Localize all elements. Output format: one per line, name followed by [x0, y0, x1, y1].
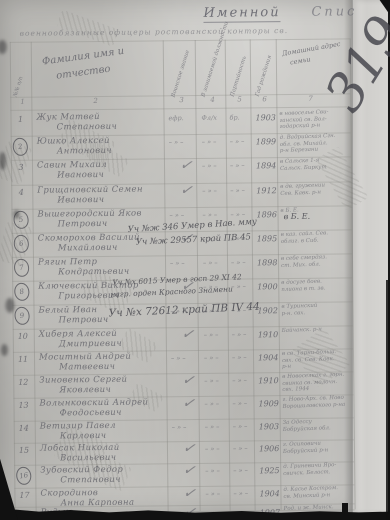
birth-year-cell: 1906 — [259, 444, 279, 453]
duty-cell: – » – — [205, 445, 220, 453]
birth-year-cell: 1899 — [256, 137, 276, 146]
document-title-continued: Спис — [311, 4, 357, 19]
party-cell: – » – — [230, 186, 245, 194]
header-address-1: Домашний адрес — [282, 40, 341, 58]
row-number: 4 — [12, 188, 30, 197]
ink-smudge — [0, 40, 7, 54]
party-cell: – » – — [233, 489, 248, 497]
row-number: 10 — [14, 332, 32, 341]
header-address-2: семьи — [289, 55, 311, 66]
column-index-number: 4 — [210, 96, 215, 104]
name-line-2: Дмитриевич — [59, 339, 122, 350]
duty-cell: – » – — [204, 354, 219, 362]
checkmark: ✓ — [180, 324, 199, 343]
name-line-1: Рягин Петр — [38, 257, 97, 268]
photo-backing-notch — [342, 503, 348, 515]
remarks-cell: д. Касье Костром.св. Минский р-н — [283, 485, 353, 499]
name-line-2: Иванович — [57, 195, 104, 205]
row-number: 12 — [14, 378, 32, 387]
rank-cell: – » – — [169, 138, 184, 146]
column-index-number: 6 — [262, 95, 267, 103]
duty-cell: – » – — [204, 331, 219, 339]
rank-cell: ефр. — [168, 114, 183, 122]
name-line-2: Яковлевич — [59, 385, 111, 396]
birth-year-cell: 1910 — [258, 330, 278, 339]
checkmark: ✓ — [181, 438, 200, 457]
birth-year-cell: 1900 — [257, 282, 277, 291]
header-name-1: Фамилия имя и — [41, 46, 124, 68]
column-index-number: 7 — [308, 95, 313, 103]
party-cell: – » – — [233, 422, 248, 430]
checkmark: ✓ — [181, 460, 200, 479]
name-line-2: Феодосьевич — [60, 408, 122, 419]
remarks-cell: За ОдессуБобруйская обл. — [283, 418, 353, 432]
pencil-annotation: в Б. Е. — [284, 212, 311, 221]
party-cell: – » – — [233, 444, 248, 452]
photo-backing-right-edge — [386, 280, 390, 520]
party-cell: – » – — [230, 161, 245, 169]
name-line-1: Зиновенко Сергей — [39, 375, 127, 386]
birth-year-cell: 1895 — [257, 234, 277, 243]
duty-cell: – » – — [205, 423, 220, 431]
ink-smudge — [1, 344, 8, 356]
document-title: Именной — [203, 5, 280, 23]
name-line-1: Скородинов — [40, 488, 98, 499]
party-cell: – » – — [232, 330, 247, 338]
name-line-1: Белый Иван — [38, 305, 97, 316]
checkmark: ✓ — [180, 370, 199, 389]
party-cell: бр. — [229, 114, 239, 122]
row-number: 17 — [15, 491, 33, 500]
name-line-2: Матвеевич — [59, 362, 115, 373]
party-cell: – » – — [232, 376, 247, 384]
checkmark: ✓ — [178, 155, 197, 174]
duty-cell: – » – — [204, 400, 219, 408]
name-line-2: Петрович — [58, 219, 108, 230]
checkmark: ✓ — [180, 393, 199, 412]
name-line-1: Скоморохов Василий — [38, 233, 140, 244]
row-number: 11 — [14, 355, 32, 364]
document-photo: Именной Спис военнообязанные офицеры рос… — [0, 0, 390, 520]
remarks-cell: в новоселье Сви-ганской св. Вол-годарски… — [279, 109, 349, 129]
header-name-2: отчество — [56, 64, 112, 82]
party-cell: – » – — [230, 137, 245, 145]
rank-cell: – » – — [172, 423, 187, 431]
birth-year-cell: 1903 — [259, 422, 279, 431]
row-number: 8 — [13, 282, 31, 302]
ink-smudge — [5, 298, 14, 313]
name-line-1: Грищановский Семен — [37, 185, 143, 196]
column-index-number: 5 — [237, 96, 242, 104]
header-row-number: №№ п/п — [13, 76, 25, 98]
party-cell: – » – — [232, 353, 247, 361]
name-line-2: Иванович — [57, 170, 104, 180]
row-number: 1 — [11, 115, 29, 124]
duty-cell: – » – — [202, 162, 217, 170]
birth-year-cell: 1903 — [255, 113, 275, 122]
remarks-cell: г. ОсиповичиБобруйский р-н — [283, 440, 353, 454]
remarks-cell: в себе смердяз.ст. Мих. обл. — [281, 254, 351, 268]
row-number: 16 — [15, 466, 33, 486]
birth-year-cell: 1902 — [257, 306, 277, 315]
birth-year-cell: 1898 — [257, 258, 277, 267]
birth-year-cell: 1904 — [258, 353, 278, 362]
header-birth-year: Год рождения — [255, 55, 274, 98]
rank-cell: – » – — [171, 354, 186, 362]
column-index-number: 1 — [20, 98, 25, 106]
party-cell: – » – — [231, 258, 246, 266]
duty-cell: – » – — [205, 467, 220, 475]
remarks-cell: в досуге боев.плиона в т. зв. — [281, 278, 351, 292]
remark-line: годарский р-н — [280, 121, 350, 130]
ink-smudge — [13, 210, 19, 219]
party-cell: – » – — [231, 282, 246, 290]
duty-cell: – » – — [204, 377, 219, 385]
party-cell: – » – — [232, 399, 247, 407]
grid-line-horizontal — [10, 38, 350, 43]
rank-cell: – » – — [170, 259, 185, 267]
header-party: Партийность — [230, 56, 248, 98]
header-rank: Воинское звание — [171, 50, 191, 99]
duty-cell: – » – — [202, 138, 217, 146]
birth-year-cell: 1904 — [259, 489, 279, 498]
birth-year-cell: 1909 — [258, 399, 278, 408]
birth-year-cell: 1894 — [256, 161, 276, 170]
name-line-2: Михайлович — [58, 243, 118, 254]
name-line-1: Моситный Андрей — [39, 352, 131, 363]
duty-cell: – » – — [202, 211, 217, 219]
duty-cell: – » – — [203, 259, 218, 267]
column-index-number: 3 — [179, 96, 184, 104]
row-number: 9 — [13, 306, 31, 326]
checkmark: ✓ — [178, 180, 197, 199]
birth-year-cell: 1912 — [256, 186, 276, 195]
name-line-2: Петрович — [59, 315, 109, 326]
row-number: 13 — [14, 401, 32, 410]
remarks-cell: д. Гриневичи Яро-свичск. Белост. — [283, 462, 353, 476]
birth-year-cell: 1896 — [256, 210, 276, 219]
name-line-1: Вышегородский Яков — [37, 209, 141, 220]
remarks-cell: г. Ново-Арх. св. НовоВорошиловского р-на — [282, 395, 352, 409]
party-cell: – » – — [233, 466, 248, 474]
remarks-cell: в Туринскийр-н. свх. — [281, 302, 351, 316]
column-index-number: 2 — [93, 97, 98, 105]
checkmark: ✓ — [181, 483, 200, 502]
duty-cell: – » – — [202, 187, 217, 195]
row-number: 14 — [15, 424, 33, 433]
row-number: 15 — [15, 446, 33, 455]
birth-year-cell: 1925 — [259, 466, 279, 475]
remarks-cell: в каз. сайл. Сев.облиг. в Сиб. — [281, 230, 351, 244]
rank-cell: – » – — [169, 211, 184, 219]
duty-cell: – » – — [205, 490, 220, 498]
duty-cell: Фл/х — [201, 114, 216, 122]
birth-year-cell: 1910 — [258, 376, 278, 385]
